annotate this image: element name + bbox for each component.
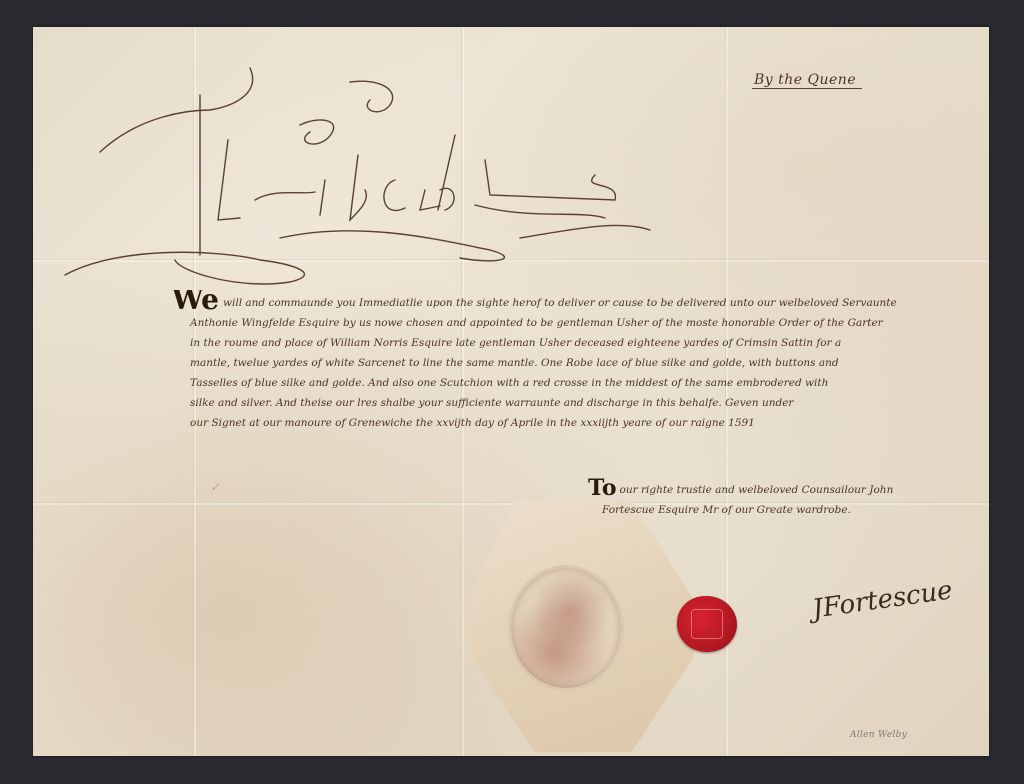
seal-emblem-icon [691, 609, 723, 639]
signet-seal-impression [508, 565, 624, 691]
body-line: our Signet at our manoure of Grenewiche … [172, 413, 962, 433]
body-line: Wewill and commaunde you Immediatlie upo… [172, 290, 962, 313]
body-line: mantle, twelue yardes of white Sarcenet … [172, 353, 962, 373]
body-line: silke and silver. And theise our lres sh… [172, 393, 962, 413]
body-line: in the roume and place of William Norris… [172, 333, 962, 353]
heading-note: By the Quene [752, 72, 862, 89]
opening-word: We [172, 290, 219, 313]
royal-signature-elizabeth [60, 60, 680, 290]
body-line: Anthonie Wingfelde Esquire by us nowe ch… [172, 313, 962, 333]
address-line: Toour righte trustie and welbeloved Coun… [588, 478, 948, 500]
red-wax-seal [677, 596, 737, 652]
faint-pencil-mark: ✓ [210, 480, 220, 494]
warrant-body: Wewill and commaunde you Immediatlie upo… [172, 290, 962, 433]
body-line: Tasselles of blue silke and golde. And a… [172, 373, 962, 393]
pencil-annotation: Allen Welby [850, 730, 907, 740]
address-line: Fortescue Esquire Mr of our Greate wardr… [588, 500, 948, 520]
address-block: Toour righte trustie and welbeloved Coun… [588, 478, 948, 520]
